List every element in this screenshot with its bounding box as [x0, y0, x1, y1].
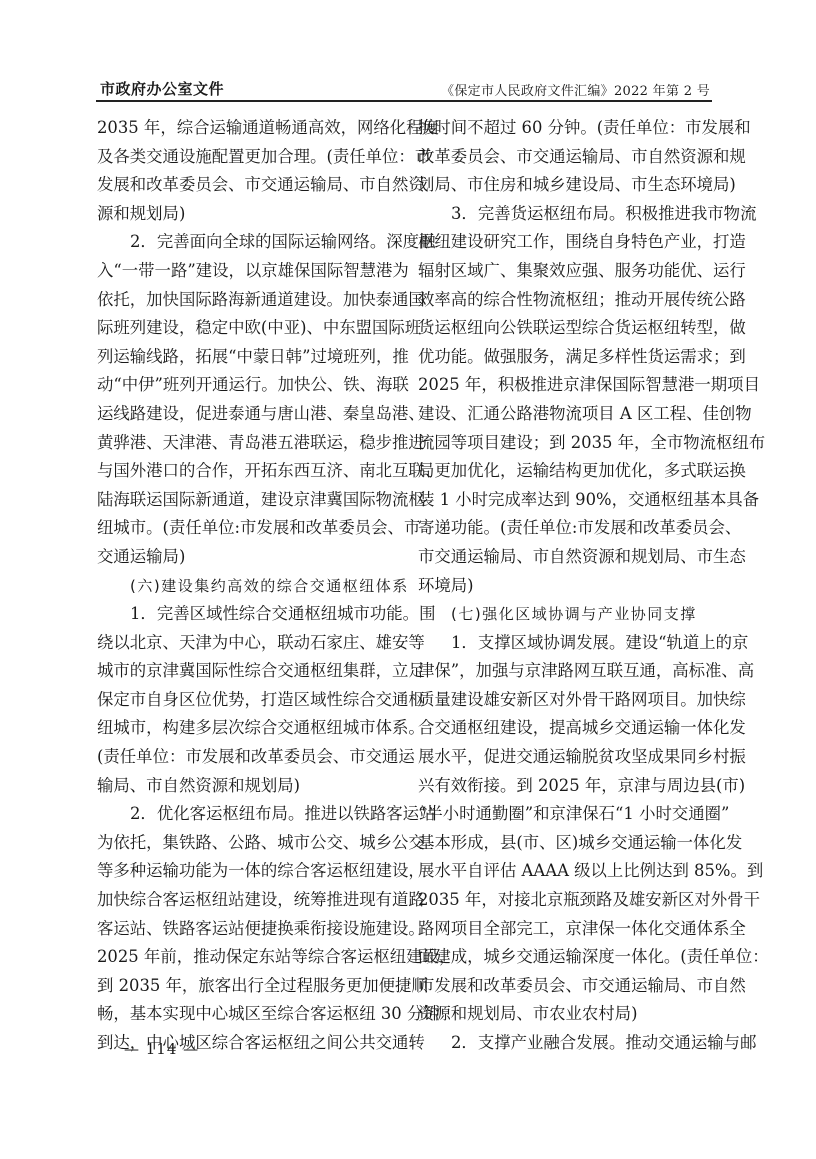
text-line: 面建成，城乡交通运输深度一体化。(责任单位： — [418, 943, 714, 972]
text-line: 效率高的综合性物流枢纽；推动开展传统公路 — [418, 286, 714, 315]
header-section-title: 市政府办公室文件 — [100, 78, 224, 99]
text-line: 2．完善面向全球的国际运输网络。深度融 — [97, 228, 399, 257]
text-line: 2025 年，积极推进京津保国际智慧港一期项目 — [418, 371, 714, 400]
text-line: (责任单位：市发展和改革委员会、市交通运 — [97, 743, 399, 772]
text-line: 寄递功能。(责任单位:市发展和改革委员会、 — [418, 514, 714, 543]
text-line: 纽城市。(责任单位:市发展和改革委员会、市 — [97, 514, 399, 543]
header-publication-title: 《保定市人民政府文件汇编》2022 年第 2 号 — [441, 80, 710, 99]
text-line: 黄骅港、天津港、青岛港五港联运，稳步推进 — [97, 429, 399, 458]
text-line: 流园等项目建设；到 2035 年，全市物流枢纽布 — [418, 429, 714, 458]
text-line: 1．完善区域性综合交通枢纽城市功能。围 — [97, 600, 399, 629]
text-line: 优功能。做强服务，满足多样性货运需求；到 — [418, 343, 714, 372]
text-line: 绕以北京、天津为中心，联动石家庄、雄安等 — [97, 629, 399, 658]
text-line: 2．优化客运枢纽布局。推进以铁路客运站 — [97, 800, 399, 829]
text-line: 保定市自身区位优势，打造区域性综合交通枢 — [97, 686, 399, 715]
text-line: 路网项目全部完工，京津保一体化交通体系全 — [418, 915, 714, 944]
section-heading: (七)强化区域协调与产业协同支撑 — [418, 600, 714, 629]
text-line: 基本形成，县(市、区)城乡交通运输一体化发 — [418, 829, 714, 858]
text-line: 展水平，促进交通运输脱贫攻坚成果同乡村振 — [418, 743, 714, 772]
text-line: 为依托，集铁路、公路、城市公交、城乡公交 — [97, 829, 399, 858]
text-line: 换时间不超过 60 分钟。(责任单位：市发展和 — [418, 114, 714, 143]
text-line: 纽城市，构建多层次综合交通枢纽城市体系。 — [97, 714, 399, 743]
text-line: 际班列建设，稳定中欧(中亚)、中东盟国际班 — [97, 314, 399, 343]
text-line: 加快综合客运枢纽站建设，统筹推进现有道路 — [97, 886, 399, 915]
text-line: 津保”，加强与京津路网互联互通，高标准、高 — [418, 657, 714, 686]
text-line: 枢纽建设研究工作，围绕自身特色产业，打造 — [418, 228, 714, 257]
right-text-column: 换时间不超过 60 分钟。(责任单位：市发展和改革委员会、市交通运输局、市自然资… — [418, 114, 714, 1058]
text-line: 装 1 小时完成率达到 90%，交通枢纽基本具备 — [418, 486, 714, 515]
text-line: 到 2035 年，旅客出行全过程服务更加便捷顺 — [97, 972, 399, 1001]
text-line: 与国外港口的合作，开拓东西互济、南北互联、 — [97, 457, 399, 486]
text-line: 及各类交通设施配置更加合理。(责任单位：市 — [97, 143, 399, 172]
text-line: 2025 年前，推动保定东站等综合客运枢纽建设， — [97, 943, 399, 972]
text-line: 入“一带一路”建设，以京雄保国际智慧港为 — [97, 257, 399, 286]
page-header: 市政府办公室文件 《保定市人民政府文件汇编》2022 年第 2 号 — [96, 76, 712, 102]
text-line: 局更加优化，运输结构更加优化，多式联运换 — [418, 457, 714, 486]
text-line: 输局、市自然资源和规划局) — [97, 772, 399, 801]
text-line: 划局、市住房和城乡建设局、市生态环境局) — [418, 171, 714, 200]
text-line: 展水平自评估 AAAA 级以上比例达到 85%。到 — [418, 857, 714, 886]
text-line: 畅，基本实现中心城区至综合客运枢纽 30 分钟 — [97, 1000, 399, 1029]
text-line: 货运枢纽向公铁联运型综合货运枢纽转型，做 — [418, 314, 714, 343]
text-line: 改革委员会、市交通运输局、市自然资源和规 — [418, 143, 714, 172]
text-line: 2．支撑产业融合发展。推动交通运输与邮 — [418, 1029, 714, 1058]
text-line: 1．支撑区域协调发展。建设“轨道上的京 — [418, 629, 714, 658]
text-line: 市发展和改革委员会、市交通运输局、市自然 — [418, 972, 714, 1001]
text-line: 客运站、铁路客运站便捷换乘衔接设施建设。 — [97, 915, 399, 944]
text-line: 市交通运输局、市自然资源和规划局、市生态 — [418, 543, 714, 572]
text-line: 列运输线路，拓展“中蒙日韩”过境班列，推 — [97, 343, 399, 372]
text-line: 源和规划局) — [97, 200, 399, 229]
text-line: 2035 年，综合运输通道畅通高效，网络化程度 — [97, 114, 399, 143]
left-text-column: 2035 年，综合运输通道畅通高效，网络化程度及各类交通设施配置更加合理。(责任… — [97, 114, 399, 1058]
text-line: 城市的京津冀国际性综合交通枢纽集群，立足 — [97, 657, 399, 686]
text-line: 质量建设雄安新区对外骨干路网项目。加快综 — [418, 686, 714, 715]
text-line: 陆海联运国际新通道，建设京津冀国际物流枢 — [97, 486, 399, 515]
text-line: 3．完善货运枢纽布局。积极推进我市物流 — [418, 200, 714, 229]
text-line: 合交通枢纽建设，提高城乡交通运输一体化发 — [418, 714, 714, 743]
text-line: 环境局) — [418, 572, 714, 601]
text-line: 建设、汇通公路港物流项目 A 区工程、佳创物 — [418, 400, 714, 429]
text-line: 资源和规划局、市农业农村局) — [418, 1000, 714, 1029]
text-line: 动“中伊”班列开通运行。加快公、铁、海联 — [97, 371, 399, 400]
text-line: 运线路建设，促进泰通与唐山港、秦皇岛港、 — [97, 400, 399, 429]
page-number: — 114 — — [124, 1040, 199, 1058]
text-line: 交通运输局) — [97, 543, 399, 572]
section-heading: (六)建设集约高效的综合交通枢纽体系 — [97, 572, 399, 601]
text-line: 等多种运输功能为一体的综合客运枢纽建设， — [97, 857, 399, 886]
text-line: 辐射区域广、集聚效应强、服务功能优、运行 — [418, 257, 714, 286]
text-line: 2035 年，对接北京瓶颈路及雄安新区对外骨干 — [418, 886, 714, 915]
text-line: “半小时通勤圈”和京津保石“1 小时交通圈” — [418, 800, 714, 829]
text-line: 发展和改革委员会、市交通运输局、市自然资 — [97, 171, 399, 200]
text-line: 依托，加快国际路海新通道建设。加快泰通国 — [97, 286, 399, 315]
text-line: 兴有效衔接。到 2025 年，京津与周边县(市) — [418, 772, 714, 801]
